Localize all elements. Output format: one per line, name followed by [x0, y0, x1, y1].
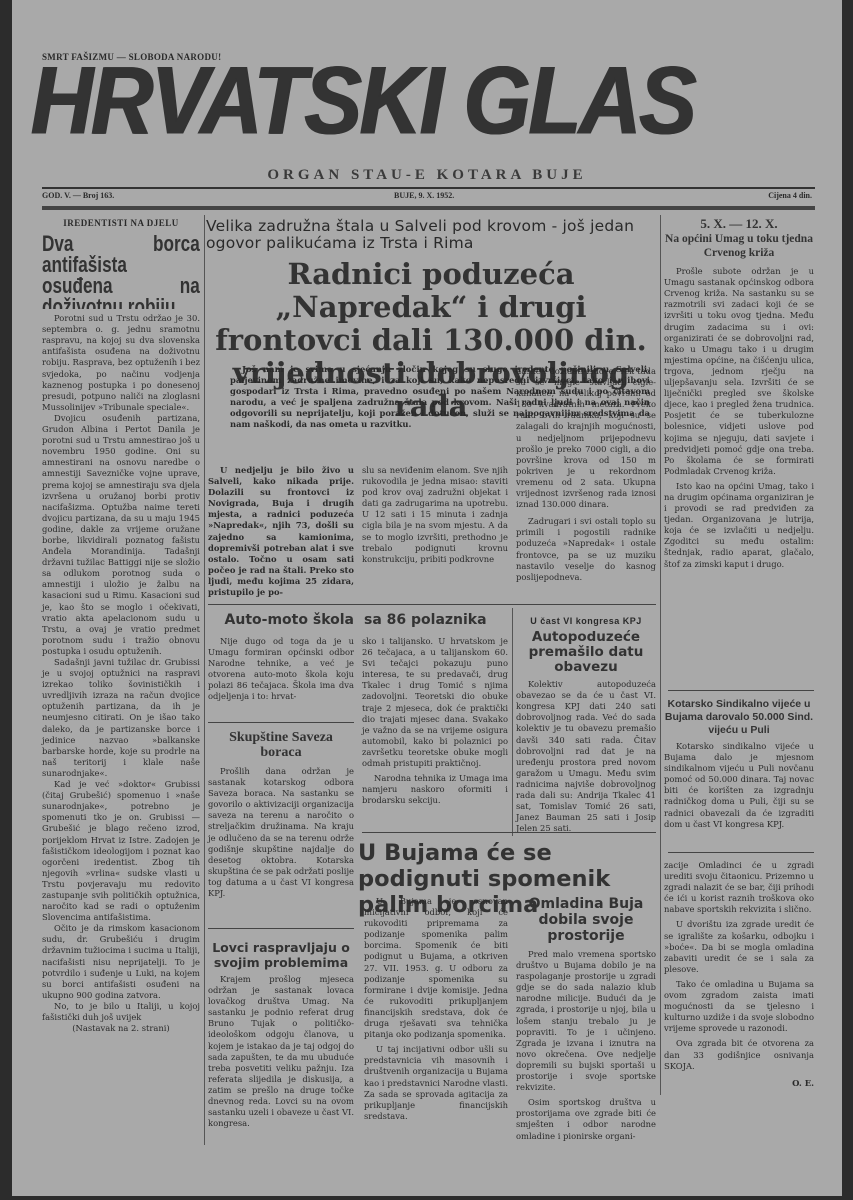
- lead-col-1-text: U nedjelju je bilo živo u Salveli, kako …: [208, 465, 354, 598]
- organ-subtitle: ORGAN STAU-E KOTARA BUJE: [12, 167, 842, 184]
- sindikat-text: Kotarsko sindikalno vijeće u Bujama dalo…: [664, 741, 814, 830]
- auto-moto-text-2: sko i talijansko. U hrvatskom je 26 teča…: [362, 636, 508, 769]
- omladina-headline: Omladina Buja dobila svoje prostorije: [516, 896, 656, 944]
- autopoduzece-text: Kolektiv autopoduzeća obavezao se da će …: [516, 679, 656, 834]
- section-rule: [668, 852, 814, 853]
- paragraph: Kad je već »doktor« Grubissi (čitaj Grub…: [42, 779, 200, 923]
- lead-col-3-text-2: Zadrugari i svi ostali toplo su primili …: [516, 516, 656, 583]
- autopoduzece-article: U čast VI kongresa KPJ Autopoduzeće prem…: [516, 616, 656, 834]
- section-rule: [208, 722, 354, 723]
- paragraph: Očito je da rimskom kasacionom sudu, dr.…: [42, 923, 200, 1001]
- crveni-kriz-article: 5. X. — 12. X. Na općini Umag u toku tje…: [664, 218, 814, 570]
- omladina-continued: zacije Omladinci će u zgradi urediti svo…: [664, 860, 814, 1089]
- omladina-article: Omladina Buja dobila svoje prostorije Pr…: [516, 896, 656, 1142]
- omladina-text-2: Osim sportskog društva u prostorijama ov…: [516, 1097, 656, 1141]
- lead-subhead: Velika zadružna štala u Salveli pod krov…: [206, 218, 656, 252]
- lovci-headline: Lovci raspravljaju o svojim problemima: [208, 940, 354, 970]
- omladina-text-4: U dvorištu iza zgrade uredit će se igral…: [664, 919, 814, 974]
- autopoduzece-headline: Autopoduzeće premašilo datu obavezu: [516, 630, 656, 675]
- crveni-kriz-dates: 5. X. — 12. X.: [664, 218, 814, 229]
- lovci-article: Lovci raspravljaju o svojim problemima K…: [208, 940, 354, 1129]
- spomenik-text: U Bujama je osnovan inicijativni odbor, …: [364, 896, 508, 1040]
- paragraph: Dvojicu osuđenih partizana, Grudon Albin…: [42, 413, 200, 657]
- lead-col-3: daske i dozidati zidove. Tek tada su se …: [516, 366, 656, 583]
- skupstine-headline: Skupštine Saveza boraca: [208, 730, 354, 760]
- crveni-kriz-text-2: Isto kao na općini Umag, tako i na drugi…: [664, 481, 814, 570]
- paragraph: Porotni sud u Trstu održao je 30. septem…: [42, 313, 200, 413]
- skupstine-text: Prošlih dana održan je sastanak kotarsko…: [208, 766, 354, 899]
- newspaper-title: HRVATSKI GLAS: [30, 62, 830, 140]
- auto-moto-text-3: Narodna tehnika iz Umaga ima namjeru nas…: [362, 773, 508, 806]
- crveni-kriz-headline: Na općini Umag u toku tjedna Crvenog kri…: [664, 232, 814, 260]
- auto-moto-headline-right: sa 86 polaznika: [364, 612, 510, 628]
- section-rule: [208, 928, 354, 929]
- section-rule: [362, 832, 656, 833]
- left-article-kicker: IREDENTISTI NA DJELU: [42, 218, 200, 229]
- lead-col-2: slu sa neviđenim elanom. Sve njih rukovo…: [362, 465, 508, 565]
- lovci-text: Krajem prošlog mjeseca održan je sastana…: [208, 974, 354, 1129]
- column-divider: [512, 608, 513, 836]
- skupstine-article: Skupštine Saveza boraca Prošlih dana odr…: [208, 730, 354, 899]
- omladina-text-6: Ova zgrada bit će otvorena za dan 33 god…: [664, 1038, 814, 1071]
- auto-moto-col-2: sko i talijansko. U hrvatskom je 26 teča…: [362, 636, 508, 806]
- omladina-text-3: zacije Omladinci će u zgradi urediti svo…: [664, 860, 814, 915]
- omladina-text: Pred malo vremena sportsko društvo u Buj…: [516, 949, 656, 1093]
- spomenik-article: U Bujama je osnovan inicijativni odbor, …: [364, 896, 508, 1122]
- price: Cijena 4 din.: [768, 191, 812, 200]
- auto-moto-text: Nije dugo od toga da je u Umagu formiran…: [208, 636, 354, 703]
- sindikat-article: Kotarsko Sindikalno vijeće u Bujama daro…: [664, 698, 814, 830]
- header-thick-rule: [42, 206, 815, 210]
- left-article-headline-wrap: Dva borca antifašista osuđena na doživot…: [42, 233, 200, 309]
- dateline: BUJE, 9. X. 1952.: [394, 191, 454, 200]
- lead-col-1: U nedjelju je bilo živo u Salveli, kako …: [208, 465, 354, 598]
- left-article: IREDENTISTI NA DJELU Dva borca antifašis…: [42, 218, 200, 1034]
- section-rule: [668, 690, 814, 691]
- omladina-text-5: Tako će omladina u Bujama sa ovom zgrado…: [664, 979, 814, 1034]
- issue-number: GOD. V. — Broj 163.: [42, 191, 114, 200]
- section-rule: [208, 604, 656, 605]
- left-article-headline: Dva borca antifašista osuđena na doživot…: [42, 233, 200, 309]
- crveni-kriz-text: Prošle subote održan je u Umagu sastanak…: [664, 266, 814, 477]
- lead-col-3-text: daske i dozidati zidove. Tek tada su se …: [516, 366, 656, 510]
- lead-col-2-text: slu sa neviđenim elanom. Sve njih rukovo…: [362, 465, 508, 565]
- paragraph: No, to je bilo u Italiji, u kojoj fašist…: [42, 1001, 200, 1023]
- auto-moto-headline-left: Auto-moto škola: [208, 612, 354, 628]
- masthead-rule: [42, 187, 815, 189]
- column-divider: [204, 215, 205, 1145]
- continued-note: (Nastavak na 2. strani): [42, 1023, 200, 1034]
- autopoduzece-kicker: U čast VI kongresa KPJ: [516, 616, 656, 627]
- auto-moto-col-1: Nije dugo od toga da je u Umagu formiran…: [208, 636, 354, 703]
- newspaper-page: SMRT FAŠIZMU — SLOBODA NARODU! HRVATSKI …: [12, 0, 842, 1196]
- column-divider: [660, 215, 661, 1095]
- spomenik-text-2: U taj incijativni odbor ušli su predstav…: [364, 1044, 508, 1122]
- paragraph: Sadašnji javni tužilac dr. Grubissi je u…: [42, 657, 200, 779]
- signature: O. E.: [664, 1078, 814, 1089]
- sindikat-headline: Kotarsko Sindikalno vijeće u Bujama daro…: [664, 698, 814, 737]
